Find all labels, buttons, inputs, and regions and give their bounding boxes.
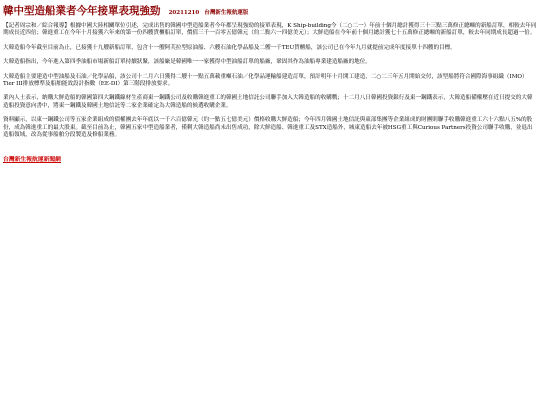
article-page: 韓中型造船業者今年接單表現強勁 20211210 台灣新生報航運版 【記者周宗和… xyxy=(0,0,540,165)
headline: 韓中型造船業者今年接單表現強勁 20211210 台灣新生報航運版 xyxy=(3,3,537,19)
news-site-link[interactable]: 台灣新生報航運新聞網 xyxy=(3,154,61,163)
article-paragraph-3: 大韓造船指出，今年進入第四季油船市場新船訂單持續狀緊，該船廠是韓國唯一一家獲得中… xyxy=(3,59,537,66)
article-title: 韓中型造船業者今年接單表現強勁 xyxy=(3,5,161,17)
article-source: 台灣新生報航運版 xyxy=(204,10,248,16)
article-paragraph-4: 大韓造船主要建造中型油船及石油／化學品船，該公司十二月六日獲得二艘十一點五萬載重… xyxy=(3,74,537,89)
article-paragraph-2: 大韓造船今年截至目前為止，已接獲十九艘新船訂單，包含十一艘阿芙拉型原油船、六艘石… xyxy=(3,45,537,52)
article-paragraph-6: 資料顯示，以東一鋼鐵公司等五家企業組成的債權團去年年底以一千六百億韓元（約一點五… xyxy=(3,117,537,139)
article-paragraph-5: 業內人士表示，納購大鮮造船的韓國第四大鋼鐵線材生產商東一鋼鐵公司及收購韓進重工的… xyxy=(3,95,537,110)
article-paragraph-1: 【記者周宗和／綜合報導】根據中國大陸相關單位引述，完成出售的韓國中型造船業者今年… xyxy=(3,23,537,38)
article-date: 20211210 xyxy=(169,10,200,16)
